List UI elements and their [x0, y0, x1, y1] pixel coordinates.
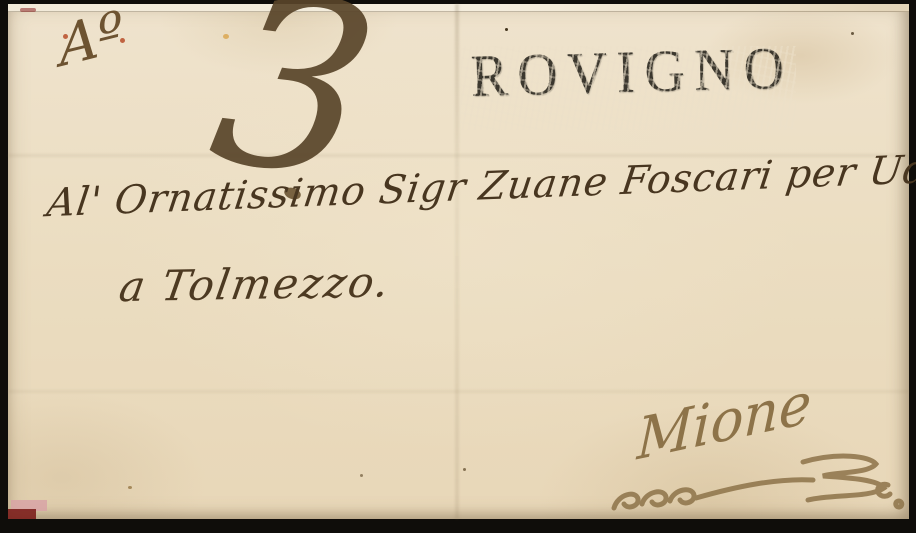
corner-mark-red	[8, 509, 36, 519]
paper-speck	[463, 468, 466, 471]
paper-speck	[223, 34, 229, 39]
corner-mark-red	[20, 8, 36, 12]
address-line-2: a Tolmezzo.	[116, 261, 393, 308]
paper-speck	[360, 474, 363, 477]
ink-artifact	[120, 38, 125, 43]
signature-flourish	[608, 444, 913, 524]
address-line-1: Al' Ornatissimo Sigr Zuane Foscari per U…	[45, 148, 916, 224]
paper-speck	[851, 32, 854, 35]
paper-speck	[128, 486, 132, 489]
fold-crease-vertical	[455, 4, 459, 519]
paper-speck	[505, 28, 508, 31]
rovigno-postmark: ROVIGNO	[470, 38, 794, 106]
scan-frame: Aº 3 ROVIGNO Al' Ornatissimo Sigr Zuane …	[0, 0, 916, 533]
manuscript-endorsement: Aº	[56, 4, 127, 76]
letter-paper: Aº 3 ROVIGNO Al' Ornatissimo Sigr Zuane …	[8, 4, 909, 519]
ink-artifact	[63, 34, 68, 39]
